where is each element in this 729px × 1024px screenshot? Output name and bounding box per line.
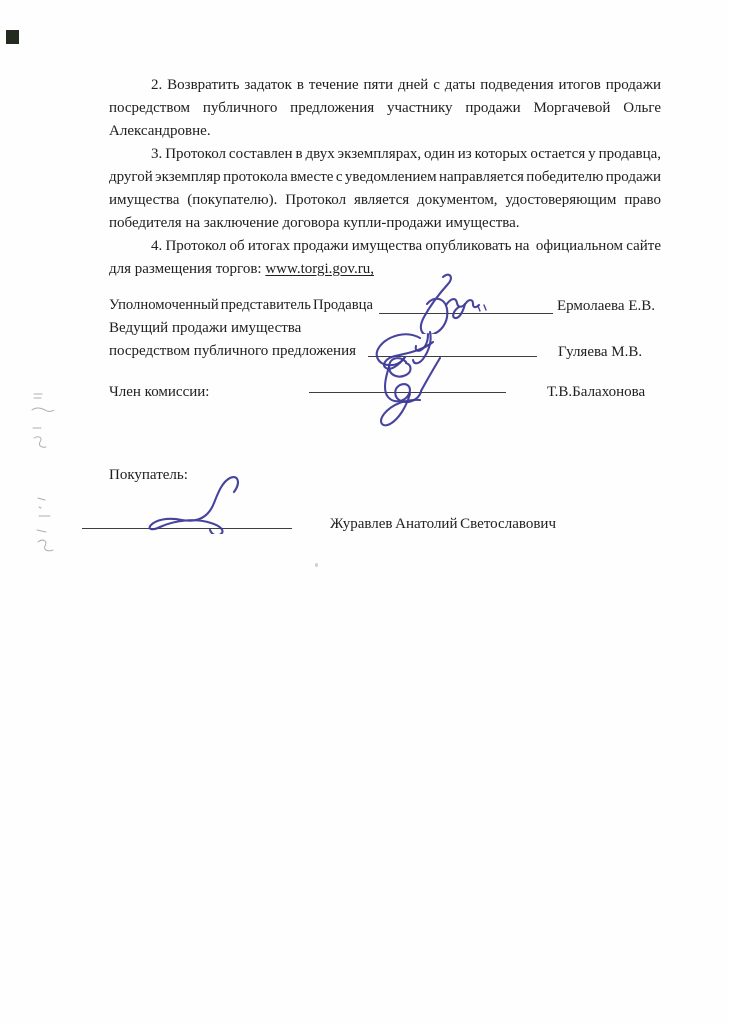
signer-name: Т.В.Балахонова	[547, 382, 645, 402]
document-line: 2. Возвратить задаток в течение пяти дне…	[109, 74, 661, 97]
document-line: другой экземпляр протокола вместе с увед…	[109, 166, 661, 189]
line-text: посредством публичного предложения участ…	[109, 97, 661, 120]
scan-speck	[315, 563, 318, 567]
signature-ink-ermolaeva	[410, 260, 498, 334]
document-line: имущества (покупателю). Протокол являетс…	[109, 189, 661, 212]
document-line: для размещения торгов: www.torgi.gov.ru,	[109, 258, 661, 281]
line-text: 2. Возвратить задаток в течение пяти дне…	[151, 74, 661, 97]
margin-pencil-marks	[32, 492, 56, 552]
document-line: 3. Протокол составлен в двух экземплярах…	[109, 143, 661, 166]
signer-role-label: Член комиссии:	[109, 382, 269, 402]
document-line: Александровне.	[109, 120, 661, 143]
signer-role-label: Ведущий продажи имущества	[109, 318, 373, 338]
signature-ink-balakhonova	[358, 350, 452, 434]
label-text: Уполномоченный представитель Продавца	[109, 295, 373, 315]
scanned-protocol-page: 2. Возвратить задаток в течение пяти дне…	[0, 0, 729, 1024]
line-text: 3. Протокол составлен в двух экземплярах…	[151, 143, 661, 166]
document-line: победителя на заключение договора купли-…	[109, 212, 661, 235]
line-text: для размещения торгов:	[109, 261, 265, 277]
label-text: посредством публичного предложения	[109, 341, 356, 361]
line-text: Александровне.	[109, 120, 211, 143]
signer-role-label: Уполномоченный представитель Продавца	[109, 295, 373, 315]
line-text: другой экземпляр протокола вместе с увед…	[109, 166, 661, 189]
name-text: Журавлев Анатолий Светославович	[330, 514, 556, 534]
buyer-name: Журавлев Анатолий Светославович	[330, 514, 556, 534]
signature-ink-buyer	[142, 472, 252, 534]
line-text: имущества (покупателю). Протокол являетс…	[109, 189, 661, 212]
torgi-url-link: www.torgi.gov.ru,	[265, 261, 374, 277]
document-line: 4. Протокол об итогах продажи имущества …	[109, 235, 661, 258]
signer-name: Гуляева М.В.	[558, 342, 642, 362]
paragraph-block: 2. Возвратить задаток в течение пяти дне…	[109, 74, 661, 281]
label-text: Ведущий продажи имущества	[109, 318, 301, 338]
line-text: победителя на заключение договора купли-…	[109, 212, 520, 235]
signer-role-label: посредством публичного предложения	[109, 341, 373, 361]
signer-name: Ермолаева Е.В.	[557, 296, 655, 316]
scan-artifact-square	[6, 30, 19, 44]
document-line: посредством публичного предложения участ…	[109, 97, 661, 120]
margin-pencil-marks	[26, 388, 54, 452]
line-text: 4. Протокол об итогах продажи имущества …	[151, 235, 661, 258]
label-text: Член комиссии:	[109, 382, 209, 402]
